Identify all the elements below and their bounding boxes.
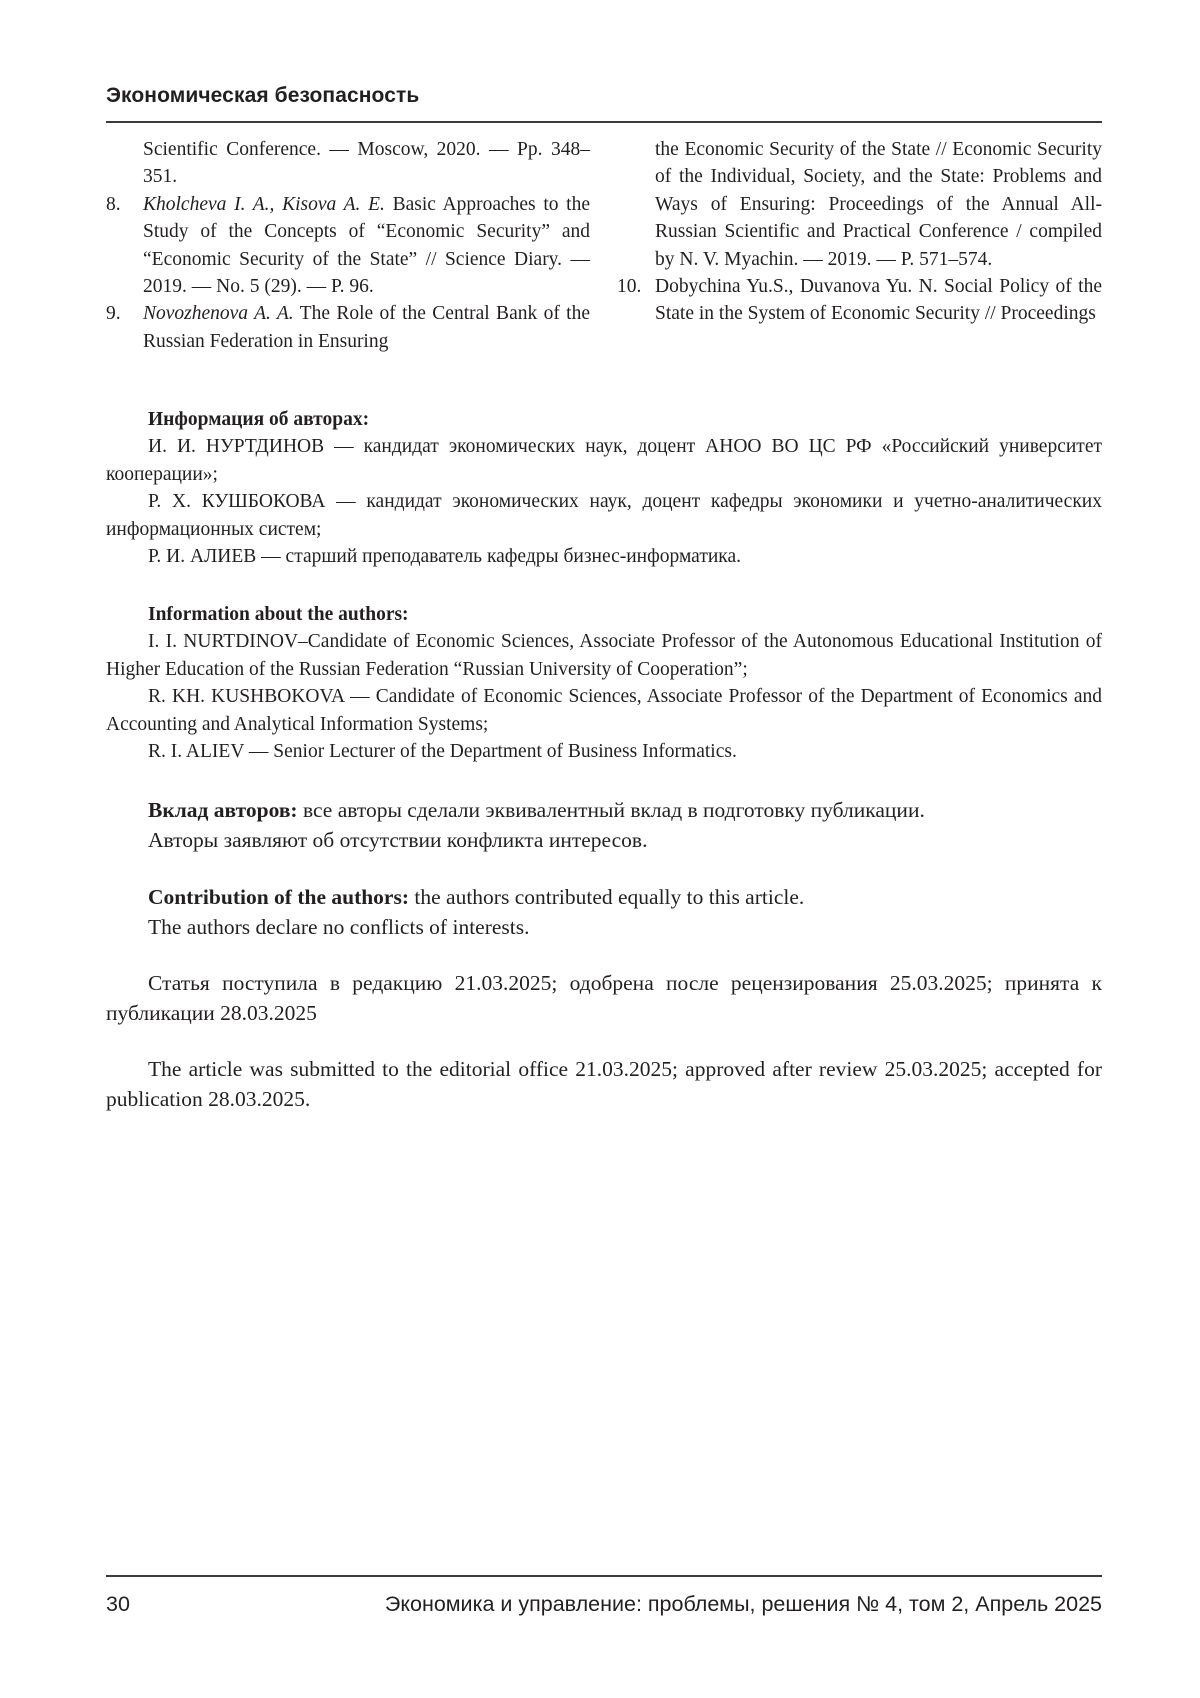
- references-right-column: the Economic Security of the State // Ec…: [618, 136, 1102, 328]
- running-title: Экономическая безопасность: [106, 84, 419, 108]
- reference-item: 8.Kholcheva I. A., Kisova A. E. Basic Ap…: [106, 191, 590, 301]
- dates-ru-text: Статья поступила в редакцию 21.03.2025; …: [106, 968, 1102, 1028]
- reference-item: 10.Dobychina Yu.S., Duvanova Yu. N. Soci…: [618, 273, 1102, 328]
- author-entry: R. KH. KUSHBOKOVA — Candidate of Economi…: [106, 683, 1102, 738]
- reference-number: 8.: [106, 191, 121, 218]
- reference-text: the Economic Security of the State // Ec…: [655, 139, 1102, 270]
- footer-rule: [106, 1575, 1102, 1577]
- dates-en-text: The article was submitted to the editori…: [106, 1054, 1102, 1114]
- contribution-en-label: Contribution of the authors:: [148, 885, 409, 909]
- reference-text: Dobychina Yu.S., Duvanova Yu. N. Social …: [655, 276, 1102, 324]
- author-entry: И. И. НУРТДИНОВ — кандидат экономических…: [106, 433, 1102, 488]
- contribution-en: Contribution of the authors: the authors…: [106, 882, 1102, 942]
- author-entry: Р. И. АЛИЕВ — старший преподаватель кафе…: [106, 543, 1102, 570]
- authors-info-en-heading: Information about the authors:: [106, 601, 1102, 628]
- contribution-ru: Вклад авторов: все авторы сделали эквива…: [106, 795, 1102, 855]
- page-number: 30: [106, 1592, 130, 1617]
- dates-ru: Статья поступила в редакцию 21.03.2025; …: [106, 968, 1102, 1028]
- references-left-column: Scientific Conference. — Moscow, 2020. —…: [106, 136, 590, 355]
- author-entry: I. I. NURTDINOV–Candidate of Economic Sc…: [106, 628, 1102, 683]
- reference-authors: Novozhenova A. A.: [143, 303, 294, 324]
- reference-item: Scientific Conference. — Moscow, 2020. —…: [106, 136, 590, 191]
- contribution-en-text: the authors contributed equally to this …: [409, 885, 804, 909]
- contribution-ru-label: Вклад авторов:: [148, 798, 298, 822]
- conflict-en: The authors declare no conflicts of inte…: [106, 912, 1102, 942]
- reference-item: 9.Novozhenova A. A. The Role of the Cent…: [106, 300, 590, 355]
- authors-info-en: Information about the authors: I. I. NUR…: [106, 601, 1102, 765]
- reference-item: the Economic Security of the State // Ec…: [618, 136, 1102, 273]
- reference-authors: Kholcheva I. A., Kisova A. E.: [143, 194, 385, 215]
- authors-info-ru-heading: Информация об авторах:: [106, 406, 1102, 433]
- header-rule: [106, 121, 1102, 123]
- author-entry: R. I. ALIEV — Senior Lecturer of the Dep…: [106, 738, 1102, 765]
- authors-info-ru: Информация об авторах: И. И. НУРТДИНОВ —…: [106, 406, 1102, 570]
- reference-text: Scientific Conference. — Moscow, 2020. —…: [143, 139, 590, 187]
- author-entry: Р. Х. КУШБОКОВА — кандидат экономических…: [106, 488, 1102, 543]
- dates-en: The article was submitted to the editori…: [106, 1054, 1102, 1114]
- contribution-ru-text: все авторы сделали эквивалентный вклад в…: [298, 798, 925, 822]
- journal-title: Экономика и управление: проблемы, решени…: [385, 1592, 1102, 1617]
- reference-number: 10.: [617, 273, 641, 300]
- reference-number: 9.: [106, 300, 121, 327]
- conflict-ru: Авторы заявляют об отсутствии конфликта …: [106, 825, 1102, 855]
